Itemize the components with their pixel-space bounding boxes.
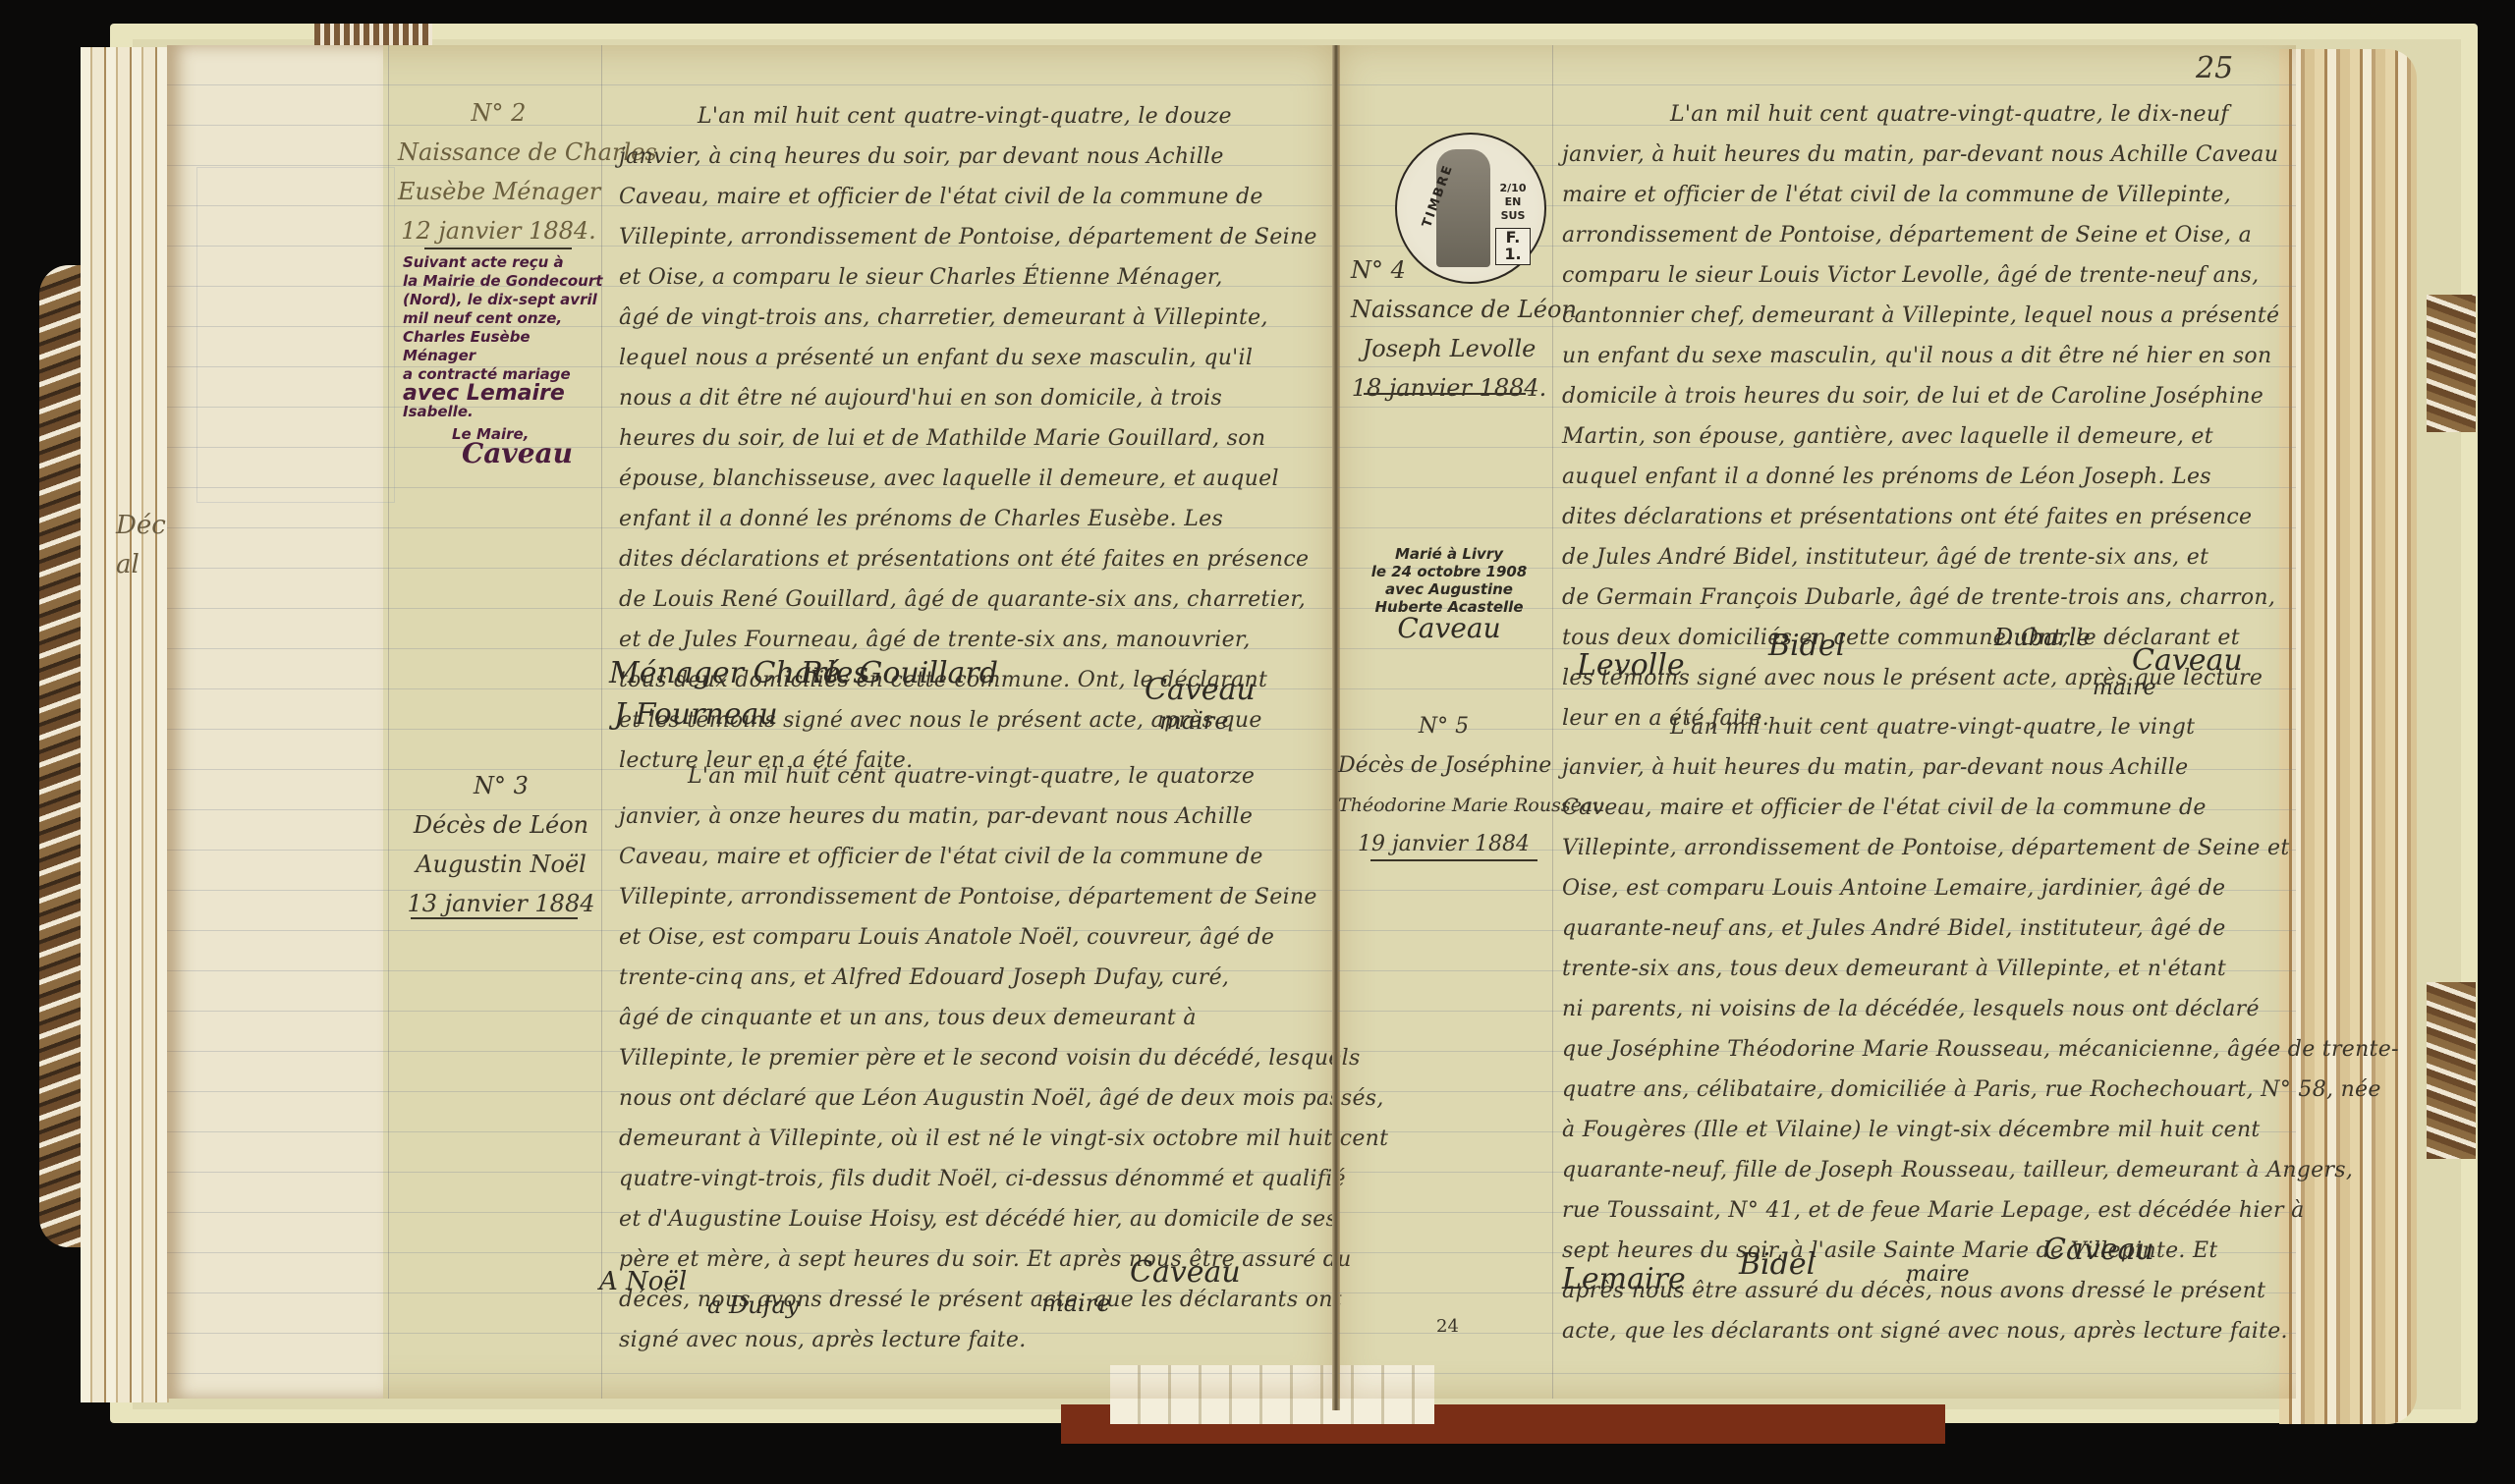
marbled-endpaper-top bbox=[314, 24, 432, 45]
body-line: janvier, à huit heures du matin, par-dev… bbox=[1562, 135, 2289, 175]
body-line: enfant il a donné les prénoms de Charles… bbox=[619, 499, 1326, 539]
divider bbox=[424, 247, 572, 249]
signature-witness: Dubarle bbox=[1994, 624, 2091, 651]
mayor-signature: Caveau bbox=[403, 444, 604, 463]
body-line: domicile à trois heures du soir, de lui … bbox=[1562, 376, 2289, 416]
body-line: de Germain François Dubarle, âgé de tren… bbox=[1562, 577, 2289, 618]
note-line: mil neuf cent onze, bbox=[403, 309, 604, 328]
signature-mayor: Caveau bbox=[2132, 643, 2243, 678]
body-line: Caveau, maire et officier de l'état civi… bbox=[619, 837, 1326, 877]
body-line: trente-six ans, tous deux demeurant à Vi… bbox=[1562, 949, 2289, 989]
body-line: Martin, son épouse, gantière, avec laque… bbox=[1562, 416, 2289, 457]
marginal-note-marriage: Suivant acte reçu à la Mairie de Gondeco… bbox=[403, 253, 604, 463]
edge-fragment: Déc al bbox=[116, 506, 166, 584]
body-line: âgé de cinquante et un ans, tous deux de… bbox=[619, 998, 1326, 1038]
stamp-surcharge: 2/10 EN SUS bbox=[1493, 182, 1533, 223]
body-line: Villepinte, arrondissement de Pontoise, … bbox=[619, 877, 1326, 917]
body-line: âgé de vingt-trois ans, charretier, deme… bbox=[619, 298, 1326, 338]
note-line: la Mairie de Gondecourt bbox=[403, 272, 604, 291]
signature-witness: a Dufay bbox=[707, 1292, 799, 1319]
body-line: auquel enfant il a donné les prénoms de … bbox=[1562, 457, 2289, 497]
entry-4-heading: N° 4 Naissance de Léon Joseph Levolle 18… bbox=[1351, 250, 1547, 408]
body-line: L'an mil huit cent quatre-vingt-quatre, … bbox=[1562, 707, 2289, 747]
entry-number: N° 4 bbox=[1351, 250, 1547, 290]
signature-declarant: Levolle bbox=[1577, 648, 1685, 683]
body-line: et d'Augustine Louise Hoisy, est décédé … bbox=[619, 1199, 1326, 1239]
signature-declarant: Lemaire bbox=[1562, 1262, 1686, 1296]
body-line: L'an mil huit cent quatre-vingt-quatre, … bbox=[619, 96, 1326, 137]
body-line: et de Jules Fourneau, âgé de trente-six … bbox=[619, 620, 1326, 660]
left-page-stack bbox=[81, 47, 169, 1402]
signature-mayor-title: maire bbox=[2093, 676, 2156, 700]
entry-3-heading: N° 3 Décès de Léon Augustin Noël 13 janv… bbox=[398, 766, 604, 923]
edge-fragment-line: Déc bbox=[116, 506, 166, 545]
body-line: demeurant à Villepinte, où il est né le … bbox=[619, 1119, 1326, 1159]
body-line: cantonnier chef, demeurant à Villepinte,… bbox=[1562, 296, 2289, 336]
entry-title-line: Augustin Noël bbox=[398, 845, 604, 884]
body-line: et Oise, a comparu le sieur Charles Étie… bbox=[619, 257, 1326, 298]
body-line: heures du soir, de lui et de Mathilde Ma… bbox=[619, 418, 1326, 459]
entry-number: N° 5 bbox=[1338, 707, 1549, 746]
body-line: de Louis René Gouillard, âgé de quarante… bbox=[619, 579, 1326, 620]
divider bbox=[1364, 393, 1526, 395]
body-line: Villepinte, arrondissement de Pontoise, … bbox=[619, 217, 1326, 257]
body-line: signé avec nous, après lecture faite. bbox=[619, 1320, 1326, 1360]
body-line: janvier, à huit heures du matin, par-dev… bbox=[1562, 747, 2289, 788]
body-line: lequel nous a présenté un enfant du sexe… bbox=[619, 338, 1326, 378]
body-line: un enfant du sexe masculin, qu'il nous a… bbox=[1562, 336, 2289, 376]
body-line: à Fougères (Ille et Vilaine) le vingt-si… bbox=[1562, 1110, 2289, 1150]
marbled-endpaper-right-top bbox=[2427, 295, 2476, 432]
body-line: L'an mil huit cent quatre-vingt-quatre, … bbox=[619, 756, 1326, 797]
entry-title-line: 12 janvier 1884. bbox=[398, 211, 599, 250]
body-line: janvier, à onze heures du matin, par-dev… bbox=[619, 797, 1326, 837]
body-line: de Jules André Bidel, instituteur, âgé d… bbox=[1562, 537, 2289, 577]
body-line: dites déclarations et présentations ont … bbox=[1562, 497, 2289, 537]
body-line: maire et officier de l'état civil de la … bbox=[1562, 175, 2289, 215]
body-line: que Joséphine Théodorine Marie Rousseau,… bbox=[1562, 1029, 2289, 1070]
right-margin-rule bbox=[1552, 45, 1553, 1399]
entry-title-line: Naissance de Léon bbox=[1351, 290, 1547, 329]
body-line: janvier, à cinq heures du soir, par deva… bbox=[619, 137, 1326, 177]
mayor-signature: Caveau bbox=[1351, 620, 1547, 637]
divider bbox=[1370, 859, 1537, 861]
body-line: quarante-neuf, fille de Joseph Rousseau,… bbox=[1562, 1150, 2289, 1190]
body-line: Caveau, maire et officier de l'état civi… bbox=[1562, 788, 2289, 828]
note-line: Suivant acte reçu à bbox=[403, 253, 604, 272]
entry-title-line: Décès de Joséphine bbox=[1338, 746, 1549, 786]
note-line: avec Augustine bbox=[1351, 580, 1547, 598]
body-line: et Oise, est comparu Louis Anatole Noël,… bbox=[619, 917, 1326, 958]
body-line: ni parents, ni voisins de la décédée, le… bbox=[1562, 989, 2289, 1029]
signature-mayor: Caveau bbox=[1130, 1255, 1241, 1290]
body-line: arrondissement de Pontoise, département … bbox=[1562, 215, 2289, 255]
signature-witness: Ré. Gouillard bbox=[801, 656, 998, 690]
signature-mayor: Caveau bbox=[2043, 1233, 2154, 1267]
left-margin-rule bbox=[601, 45, 602, 1399]
note-line: le 24 octobre 1908 bbox=[1351, 563, 1547, 580]
left-page-edge bbox=[388, 45, 389, 1399]
folio-number: 25 bbox=[2196, 51, 2233, 85]
body-line: trente-cinq ans, et Alfred Edouard Josep… bbox=[619, 958, 1326, 998]
signature-mayor-title: maire bbox=[1906, 1262, 1970, 1287]
body-line: Villepinte, arrondissement de Pontoise, … bbox=[1562, 828, 2289, 868]
entry-title-line: Décès de Léon bbox=[398, 805, 604, 845]
body-line: Caveau, maire et officier de l'état civi… bbox=[619, 177, 1326, 217]
body-line: L'an mil huit cent quatre-vingt-quatre, … bbox=[1562, 94, 2289, 135]
signature-declarant: A Noël bbox=[599, 1267, 687, 1296]
signature-mayor: Caveau bbox=[1145, 673, 1256, 707]
note-line: (Nord), le dix-sept avril bbox=[403, 291, 604, 309]
entry-title-line: Théodorine Marie Rousseau bbox=[1338, 786, 1549, 825]
entry-number: N° 2 bbox=[398, 93, 599, 133]
signature-mayor-title: maire bbox=[1159, 707, 1228, 735]
body-line: comparu le sieur Louis Victor Levolle, â… bbox=[1562, 255, 2289, 296]
entry-title-line: 19 janvier 1884 bbox=[1338, 825, 1549, 864]
body-line: dites déclarations et présentations ont … bbox=[619, 539, 1326, 579]
edge-fragment-line: al bbox=[116, 545, 166, 584]
entry-number: N° 3 bbox=[398, 766, 604, 805]
entry-5-heading: N° 5 Décès de Joséphine Théodorine Marie… bbox=[1338, 707, 1549, 864]
marbled-endpaper-right-bottom bbox=[2427, 982, 2476, 1159]
faint-table-bleedthrough bbox=[196, 167, 395, 503]
signature-witness: Bidel bbox=[1739, 1247, 1816, 1282]
body-line: nous a dit être né aujourd'hui en son do… bbox=[619, 378, 1326, 418]
divider bbox=[411, 917, 578, 919]
body-line: quatre ans, célibataire, domiciliée à Pa… bbox=[1562, 1070, 2289, 1110]
entry-2-heading: N° 2 Naissance de Charles Eusèbe Ménager… bbox=[398, 93, 599, 250]
entry-title-line: Joseph Levolle bbox=[1351, 329, 1547, 368]
body-line: quarante-neuf ans, et Jules André Bidel,… bbox=[1562, 908, 2289, 949]
body-line: acte, que les déclarants ont signé avec … bbox=[1562, 1311, 2289, 1351]
page-bottom-number: 24 bbox=[1436, 1316, 1459, 1337]
note-line: Charles Eusèbe Ménager bbox=[403, 328, 604, 365]
entry-title-line: Eusèbe Ménager bbox=[398, 172, 599, 211]
note-line: Marié à Livry bbox=[1351, 545, 1547, 563]
body-line: Oise, est comparu Louis Antoine Lemaire,… bbox=[1562, 868, 2289, 908]
entry-title-line: Naissance de Charles bbox=[398, 133, 599, 172]
entry-4-body: L'an mil huit cent quatre-vingt-quatre, … bbox=[1562, 94, 2289, 739]
body-line: épouse, blanchisseuse, avec laquelle il … bbox=[619, 459, 1326, 499]
signature-witness: J Fourneau bbox=[614, 697, 778, 732]
marbled-endpaper-left bbox=[39, 265, 81, 1247]
body-line: quatre-vingt-trois, fils dudit Noël, ci-… bbox=[619, 1159, 1326, 1199]
signature-mayor-title: maire bbox=[1041, 1290, 1110, 1317]
body-line: rue Toussaint, N° 41, et de feue Marie L… bbox=[1562, 1190, 2289, 1231]
entry-5-body: L'an mil huit cent quatre-vingt-quatre, … bbox=[1562, 707, 2289, 1351]
signature-witness: Bidel bbox=[1768, 629, 1845, 663]
body-line: Villepinte, le premier père et le second… bbox=[619, 1038, 1326, 1078]
body-line: nous ont déclaré que Léon Augustin Noël,… bbox=[619, 1078, 1326, 1119]
note-line: avec Lemaire bbox=[403, 384, 604, 403]
entry-title-line: 18 janvier 1884. bbox=[1351, 368, 1547, 408]
marginal-note-marriage: Marié à Livry le 24 octobre 1908 avec Au… bbox=[1351, 545, 1547, 637]
